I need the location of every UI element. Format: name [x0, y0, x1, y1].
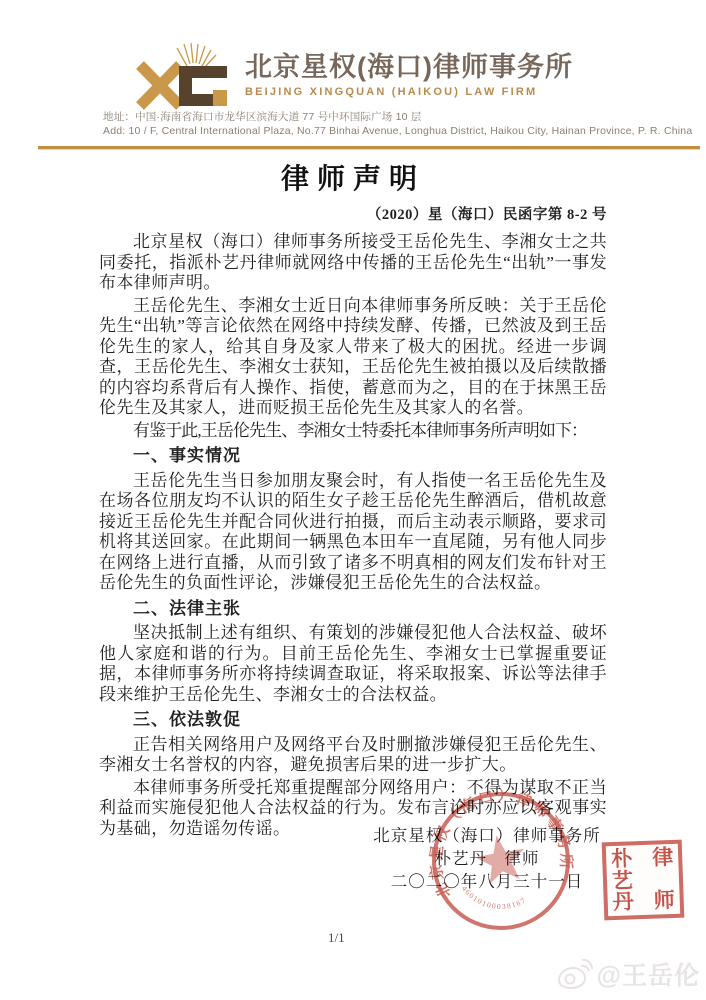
firm-header: 北京星权(海口)律师事务所 BEIJING XINGQUAN (HAIKOU) …	[0, 42, 706, 110]
paragraph: 北京星权（海口）律师事务所接受王岳伦先生、李湘女士之共同委托，指派朴艺丹律师就网…	[99, 232, 607, 294]
seal-star-icon	[472, 831, 529, 886]
document-body: 北京星权（海口）律师事务所接受王岳伦先生、李湘女士之共同委托，指派朴艺丹律师就网…	[99, 232, 607, 839]
firm-address: 地址：中国·海南省海口市龙华区滨海大道 77 号中环国际广场 10 层 Add:…	[103, 110, 692, 138]
watermark-handle: @王岳伦	[597, 956, 700, 992]
firm-name-cn: 北京星权(海口)律师事务所	[245, 54, 573, 81]
firm-name-block: 北京星权(海口)律师事务所 BEIJING XINGQUAN (HAIKOU) …	[245, 54, 573, 98]
svg-text:46010100038167: 46010100038167	[459, 874, 528, 918]
logo-rays-icon	[177, 43, 216, 68]
section-heading: 二、法律主张	[99, 599, 607, 620]
paragraph: 有鉴于此,王岳伦先生、李湘女士特委托本律师事务所声明如下：	[99, 421, 607, 442]
page-title: 律师声明	[99, 157, 607, 197]
firm-logo-icon	[133, 42, 233, 110]
paragraph: 王岳伦先生、李湘女士近日向本律师事务所反映：关于王岳伦先生“出轨”等言论依然在网…	[99, 296, 607, 419]
page-number: 1/1	[328, 930, 345, 946]
section-heading: 一、事实情况	[99, 446, 607, 467]
round-official-seal: 北京星权（海口）律师事务所 46010100038167	[414, 774, 588, 948]
lawyer-statement-page: 北京星权(海口)律师事务所 BEIJING XINGQUAN (HAIKOU) …	[0, 0, 706, 1000]
paragraph: 坚决抵制上述有组织、有策划的涉嫌侵犯他人合法权益、破坏他人家庭和谐的行为。目前王…	[99, 623, 607, 705]
firm-address-cn: 地址：中国·海南省海口市龙华区滨海大道 77 号中环国际广场 10 层	[103, 110, 692, 124]
paragraph: 王岳伦先生当日参加朋友聚会时，有人指使一名王岳伦先生及在场各位朋友均不认识的陌生…	[99, 471, 607, 594]
weibo-watermark: @王岳伦	[557, 956, 700, 992]
weibo-icon	[557, 958, 593, 990]
seal-number: 46010100038167	[459, 874, 528, 918]
logo-x-icon	[140, 65, 180, 106]
header-divider	[38, 146, 700, 150]
lawyer-square-seal: 朴艺丹律师	[602, 840, 685, 921]
paragraph: 正告相关网络用户及网络平台及时删撤涉嫌侵犯王岳伦先生、李湘女士名誉权的内容，避免…	[99, 735, 607, 776]
firm-address-en: Add: 10 / F, Central International Plaza…	[103, 124, 692, 138]
document-number: （2020）星（海口）民函字第 8-2 号	[99, 203, 607, 224]
section-heading: 三、依法敦促	[99, 710, 607, 731]
seal-column: 律师	[652, 847, 675, 912]
document-content: 律师声明 （2020）星（海口）民函字第 8-2 号 北京星权（海口）律师事务所…	[99, 157, 607, 841]
seal-column: 朴艺丹	[611, 848, 634, 913]
firm-name-en: BEIJING XINGQUAN (HAIKOU) LAW FIRM	[245, 87, 573, 98]
